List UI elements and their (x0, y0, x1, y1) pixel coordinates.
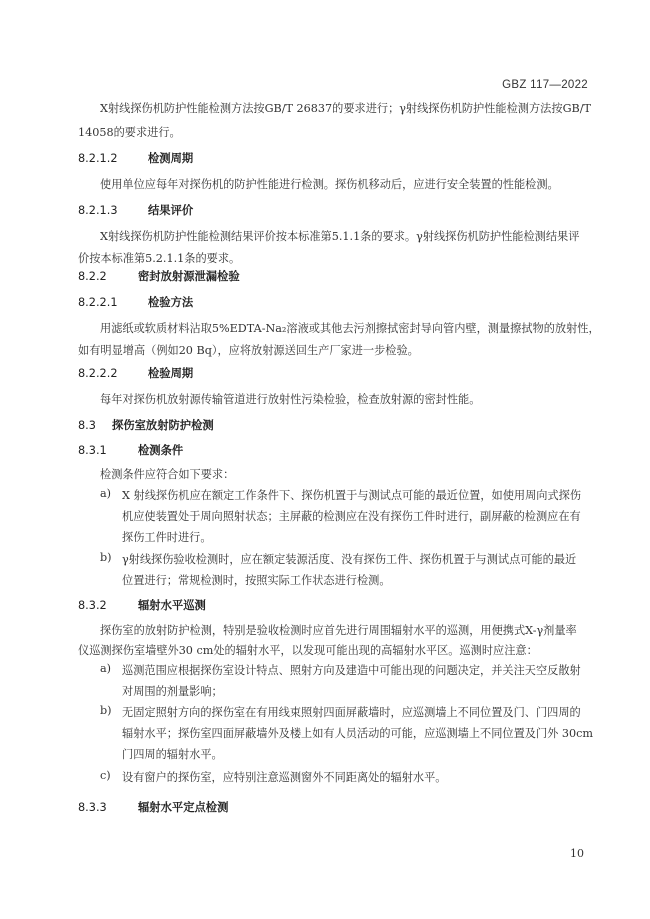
section-heading: 8.3.2辐射水平巡测 (78, 597, 206, 613)
section-heading: 8.2.2.2检验周期 (78, 365, 193, 381)
section-title: 检验周期 (148, 367, 193, 380)
section-number: 8.2.1.2 (78, 152, 148, 165)
section-number: 8.2.2.2 (78, 367, 148, 380)
section-number: 8.3.1 (78, 444, 138, 457)
section-number: 8.2.1.3 (78, 204, 148, 217)
paragraph-line: 检测条件应符合如下要求： (100, 466, 234, 482)
paragraph-line: 价按本标准第5.2.1.1条的要求。 (78, 250, 240, 266)
list-marker: a) (100, 487, 111, 500)
list-line: 机应使装置处于周向照射状态；主屏蔽的检测应在没有探伤工件时进行，副屏蔽的检测应在… (122, 508, 581, 524)
paragraph-line: 用滤纸或软质材料沾取5%EDTA-Na₂溶液或其他去污剂擦拭密封导向管内壁，测量… (100, 320, 600, 336)
section-heading: 8.3.3辐射水平定点检测 (78, 799, 228, 815)
list-line: 无固定照射方向的探伤室在有用线束照射四面屏蔽墙时，应巡测墙上不同位置及门、门四周… (122, 704, 581, 720)
section-title: 密封放射源泄漏检验 (138, 270, 240, 283)
list-line: 位置进行；常规检测时，按照实际工作状态进行检测。 (122, 572, 391, 588)
document-page: GBZ 117—2022 X射线探伤机防护性能检测方法按GB/T 26837的要… (0, 0, 650, 919)
paragraph-line: 如有明显增高（例如20 Bq），应将放射源送回生产厂家进一步检验。 (78, 342, 419, 358)
list-line: 门四周的辐射水平。 (122, 746, 223, 762)
section-title: 辐射水平巡测 (138, 599, 206, 612)
list-marker: c) (100, 769, 111, 782)
document-id: GBZ 117—2022 (502, 79, 588, 91)
list-line: 对周围的剂量影响； (122, 683, 223, 699)
paragraph-line: X射线探伤机防护性能检测结果评价按本标准第5.1.1条的要求。γ射线探伤机防护性… (100, 228, 579, 244)
section-heading: 8.3探伤室放射防护检测 (78, 417, 214, 433)
page-number: 10 (570, 847, 584, 860)
section-heading: 8.2.2.1检验方法 (78, 294, 193, 310)
paragraph-line: X射线探伤机防护性能检测方法按GB/T 26837的要求进行；γ射线探伤机防护性… (100, 100, 591, 116)
paragraph-line: 14058的要求进行。 (78, 124, 181, 140)
section-title: 探伤室放射防护检测 (112, 419, 214, 432)
section-number: 8.3.2 (78, 599, 138, 612)
list-line: X 射线探伤机应在额定工作条件下、探伤机置于与测试点可能的最近位置，如使用周向式… (122, 487, 581, 503)
paragraph-line: 每年对探伤机放射源传输管道进行放射性污染检验，检查放射源的密封性能。 (100, 391, 480, 407)
list-marker: b) (100, 704, 112, 717)
list-marker: a) (100, 662, 111, 675)
section-heading: 8.3.1检测条件 (78, 442, 183, 458)
paragraph-line: 使用单位应每年对探伤机的防护性能进行检测。探伤机移动后，应进行安全装置的性能检测… (100, 176, 559, 192)
section-heading: 8.2.2密封放射源泄漏检验 (78, 268, 240, 284)
list-line: 设有窗户的探伤室，应特别注意巡测窗外不同距离处的辐射水平。 (122, 769, 446, 785)
section-title: 检验方法 (148, 296, 193, 309)
section-title: 检测条件 (138, 444, 183, 457)
list-line: 辐射水平；探伤室四面屏蔽墙外及楼上如有人员活动的可能，应巡测墙上不同位置及门外 … (122, 725, 593, 741)
section-heading: 8.2.1.2检测周期 (78, 150, 193, 166)
section-number: 8.3 (78, 419, 112, 432)
list-line: 巡测范围应根据探伤室设计特点、照射方向及建造中可能出现的问题决定，并关注天空反散… (122, 662, 581, 678)
list-marker: b) (100, 551, 112, 564)
section-number: 8.2.2.1 (78, 296, 148, 309)
section-title: 检测周期 (148, 152, 193, 165)
section-title: 辐射水平定点检测 (138, 801, 228, 814)
section-heading: 8.2.1.3结果评价 (78, 202, 193, 218)
section-number: 8.2.2 (78, 270, 138, 283)
list-line: γ射线探伤验收检测时，应在额定装源活度、没有探伤工件、探伤机置于与测试点可能的最… (122, 551, 576, 567)
paragraph-line: 仪巡测探伤室墙壁外30 cm处的辐射水平，以发现可能出现的高辐射水平区。巡测时应… (78, 642, 538, 658)
section-title: 结果评价 (148, 204, 193, 217)
section-number: 8.3.3 (78, 801, 138, 814)
list-line: 探伤工件时进行。 (122, 529, 212, 545)
paragraph-line: 探伤室的放射防护检测，特别是验收检测时应首先进行周围辐射水平的巡测，用便携式X-… (100, 622, 577, 638)
